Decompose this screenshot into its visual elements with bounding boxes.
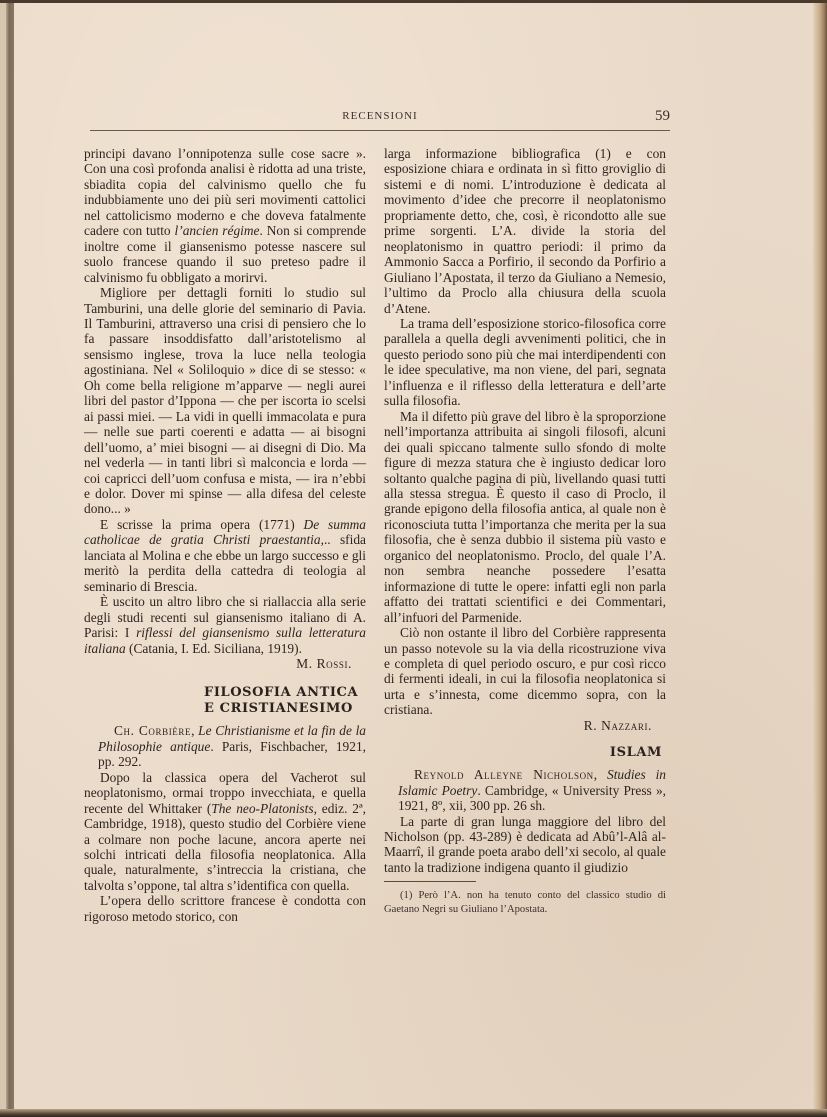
page-right-edge	[813, 0, 827, 1117]
right-column: larga informazione bibliografica (1) e c…	[384, 146, 666, 917]
page-top-edge	[0, 0, 827, 3]
paragraph: principi davano l’onnipotenza sulle cose…	[84, 146, 366, 285]
section-heading: ISLAM	[384, 745, 666, 761]
paragraph: È uscito un altro libro che si riallacci…	[84, 594, 366, 656]
running-head: RECENSIONI 59	[90, 108, 670, 128]
bibliographic-entry: Reynold Alleyne Nicholson, Studies in Is…	[384, 767, 666, 813]
paragraph: Ma il difetto più grave del libro è la s…	[384, 409, 666, 625]
author-name: Ch. Corbière	[114, 723, 191, 738]
reviewer-signature: M. Rossi.	[84, 656, 366, 671]
page-bottom-edge	[0, 1109, 827, 1117]
paragraph: Dopo la classica opera del Vacherot sul …	[84, 770, 366, 894]
author-name: Reynold Alleyne Nicholson	[414, 767, 594, 782]
bibliographic-entry: Ch. Corbière, Le Christianisme et la fin…	[84, 723, 366, 769]
left-column: principi davano l’onnipotenza sulle cose…	[84, 146, 366, 924]
paragraph: larga informazione bibliografica (1) e c…	[384, 146, 666, 316]
paragraph: Ciò non ostante il libro del Corbière ra…	[384, 625, 666, 718]
paragraph: E scrisse la prima opera (1771) De summa…	[84, 517, 366, 594]
paragraph: L’opera dello scrittore francese è condo…	[84, 893, 366, 924]
footnote: (1) Però l’A. non ha tenuto conto del cl…	[384, 889, 666, 917]
section-heading: FILOSOFIA ANTICA E CRISTIANESIMO	[84, 685, 366, 717]
header-rule	[90, 130, 670, 131]
running-title: RECENSIONI	[90, 110, 670, 122]
paragraph: La trama dell’esposizione storico-filoso…	[384, 316, 666, 409]
paragraph: La parte di gran lunga maggiore del libr…	[384, 814, 666, 876]
footnote-rule	[384, 881, 476, 882]
binding-shadow	[6, 0, 14, 1117]
paragraph: Migliore per dettagli forniti lo studio …	[84, 285, 366, 517]
reviewer-signature: R. Nazzari.	[384, 718, 666, 733]
book-page: RECENSIONI 59 principi davano l’onnipote…	[0, 0, 827, 1117]
page-number: 59	[655, 108, 670, 125]
